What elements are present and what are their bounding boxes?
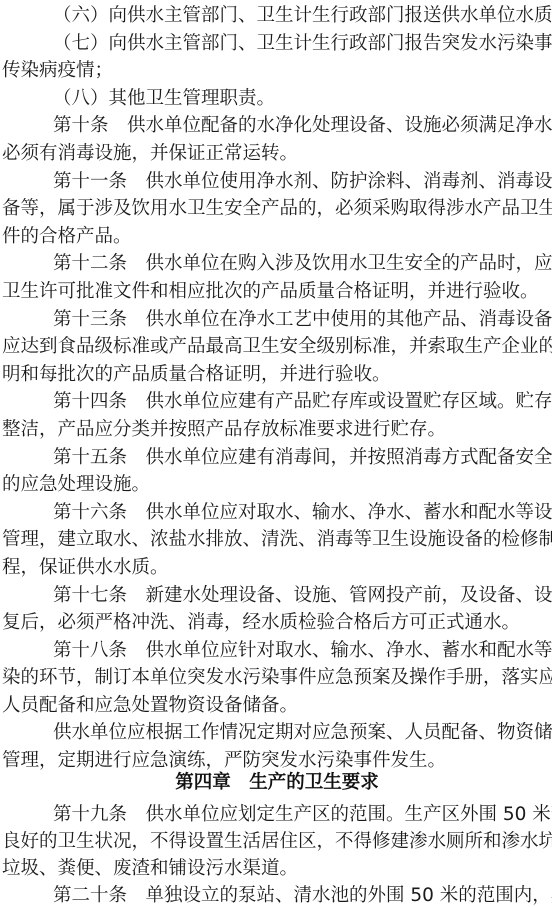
paragraph-line: 传染病疫情； xyxy=(2,58,552,84)
paragraph-line: 垃圾、粪便、废渣和铺设污水渠道。 xyxy=(2,856,552,882)
paragraph-line: 第十三条 供水单位在净水工艺中使用的其他产品、消毒设备使用的原料， xyxy=(2,307,552,333)
paragraph-line: 第十条 供水单位配备的水净化处理设备、设施必须满足净水工艺要求， xyxy=(2,113,552,139)
paragraph-line: （八）其他卫生管理职责。 xyxy=(2,86,552,112)
paragraph-line: 第十二条 供水单位在购入涉及饮用水卫生安全的产品时，应索取产品的 xyxy=(2,251,552,277)
paragraph-line: 供水单位应根据工作情况定期对应急预案、人员配备、物资储备进行更新 xyxy=(2,720,552,746)
document-page: （六）向供水主管部门、卫生计生行政部门报送供水单位水质检测资料；（七）向供水主管… xyxy=(0,0,554,907)
paragraph-line: 染的环节，制订本单位突发水污染事件应急预案及操作手册，落实应急处置工作 xyxy=(2,665,552,691)
paragraph-line: 第十四条 供水单位应建有产品贮存库或设置贮存区域。贮存环境应保持 xyxy=(2,389,552,415)
paragraph-line: 明和每批次的产品质量合格证明，并进行验收。 xyxy=(2,362,552,388)
paragraph-line: 人员配备和应急处置物资设备储备。 xyxy=(2,693,552,719)
paragraph-line: 件的合格产品。 xyxy=(2,224,552,250)
paragraph-line: 管理，建立取水、浓盐水排放、清洗、消毒等卫生设施设备的检修制度及操作规 xyxy=(2,527,552,553)
paragraph-line: 的应急处理设施。 xyxy=(2,472,552,498)
paragraph-line: 卫生许可批准文件和相应批次的产品质量合格证明，并进行验收。 xyxy=(2,279,552,305)
paragraph-line: 第十一条 供水单位使用净水剂、防护涂料、消毒剂、消毒设备、供水设 xyxy=(2,169,552,195)
paragraph-line: 程，保证供水水质。 xyxy=(2,555,552,581)
paragraph-line: 整洁，产品应分类并按照产品存放标准要求进行贮存。 xyxy=(2,417,552,443)
paragraph-line: （六）向供水主管部门、卫生计生行政部门报送供水单位水质检测资料； xyxy=(2,3,552,29)
chapter-heading: 第四章 生产的卫生要求 xyxy=(0,770,554,796)
paragraph-line: 第十七条 新建水处理设备、设施、管网投产前，及设备、设施、管网修 xyxy=(2,583,552,609)
paragraph-line: 备等，属于涉及饮用水卫生安全产品的，必须采购取得涉水产品卫生许可批准文 xyxy=(2,196,552,222)
paragraph-line: 复后，必须严格冲洗、消毒，经水质检验合格后方可正式通水。 xyxy=(2,610,552,636)
paragraph-line: 第十五条 供水单位应建有消毒间，并按照消毒方式配备安全防范和事故 xyxy=(2,445,552,471)
paragraph-line: 第二十条 单独设立的泵站、清水池的外围 50 米的范围内，其卫生要求与 xyxy=(2,883,552,907)
paragraph-line: 必须有消毒设施，并保证正常运转。 xyxy=(2,141,552,167)
paragraph-line: 应达到食品级标准或产品最高卫生安全级别标准，并索取生产企业的生产资质证 xyxy=(2,334,552,360)
paragraph-line: （七）向供水主管部门、卫生计生行政部门报告突发水污染事件、水源性 xyxy=(2,31,552,57)
paragraph-line: 良好的卫生状况，不得设置生活居住区，不得修建渗水厕所和渗水坑，不得堆放 xyxy=(2,829,552,855)
paragraph-line: 第十九条 供水单位应划定生产区的范围。生产区外围 50 米范围内应保持 xyxy=(2,802,552,828)
paragraph-line: 第十八条 供水单位应针对取水、输水、净水、蓄水和配水等可能发生污 xyxy=(2,638,552,664)
paragraph-line: 第十六条 供水单位应对取水、输水、净水、蓄水和配水等设施加强质量 xyxy=(2,500,552,526)
